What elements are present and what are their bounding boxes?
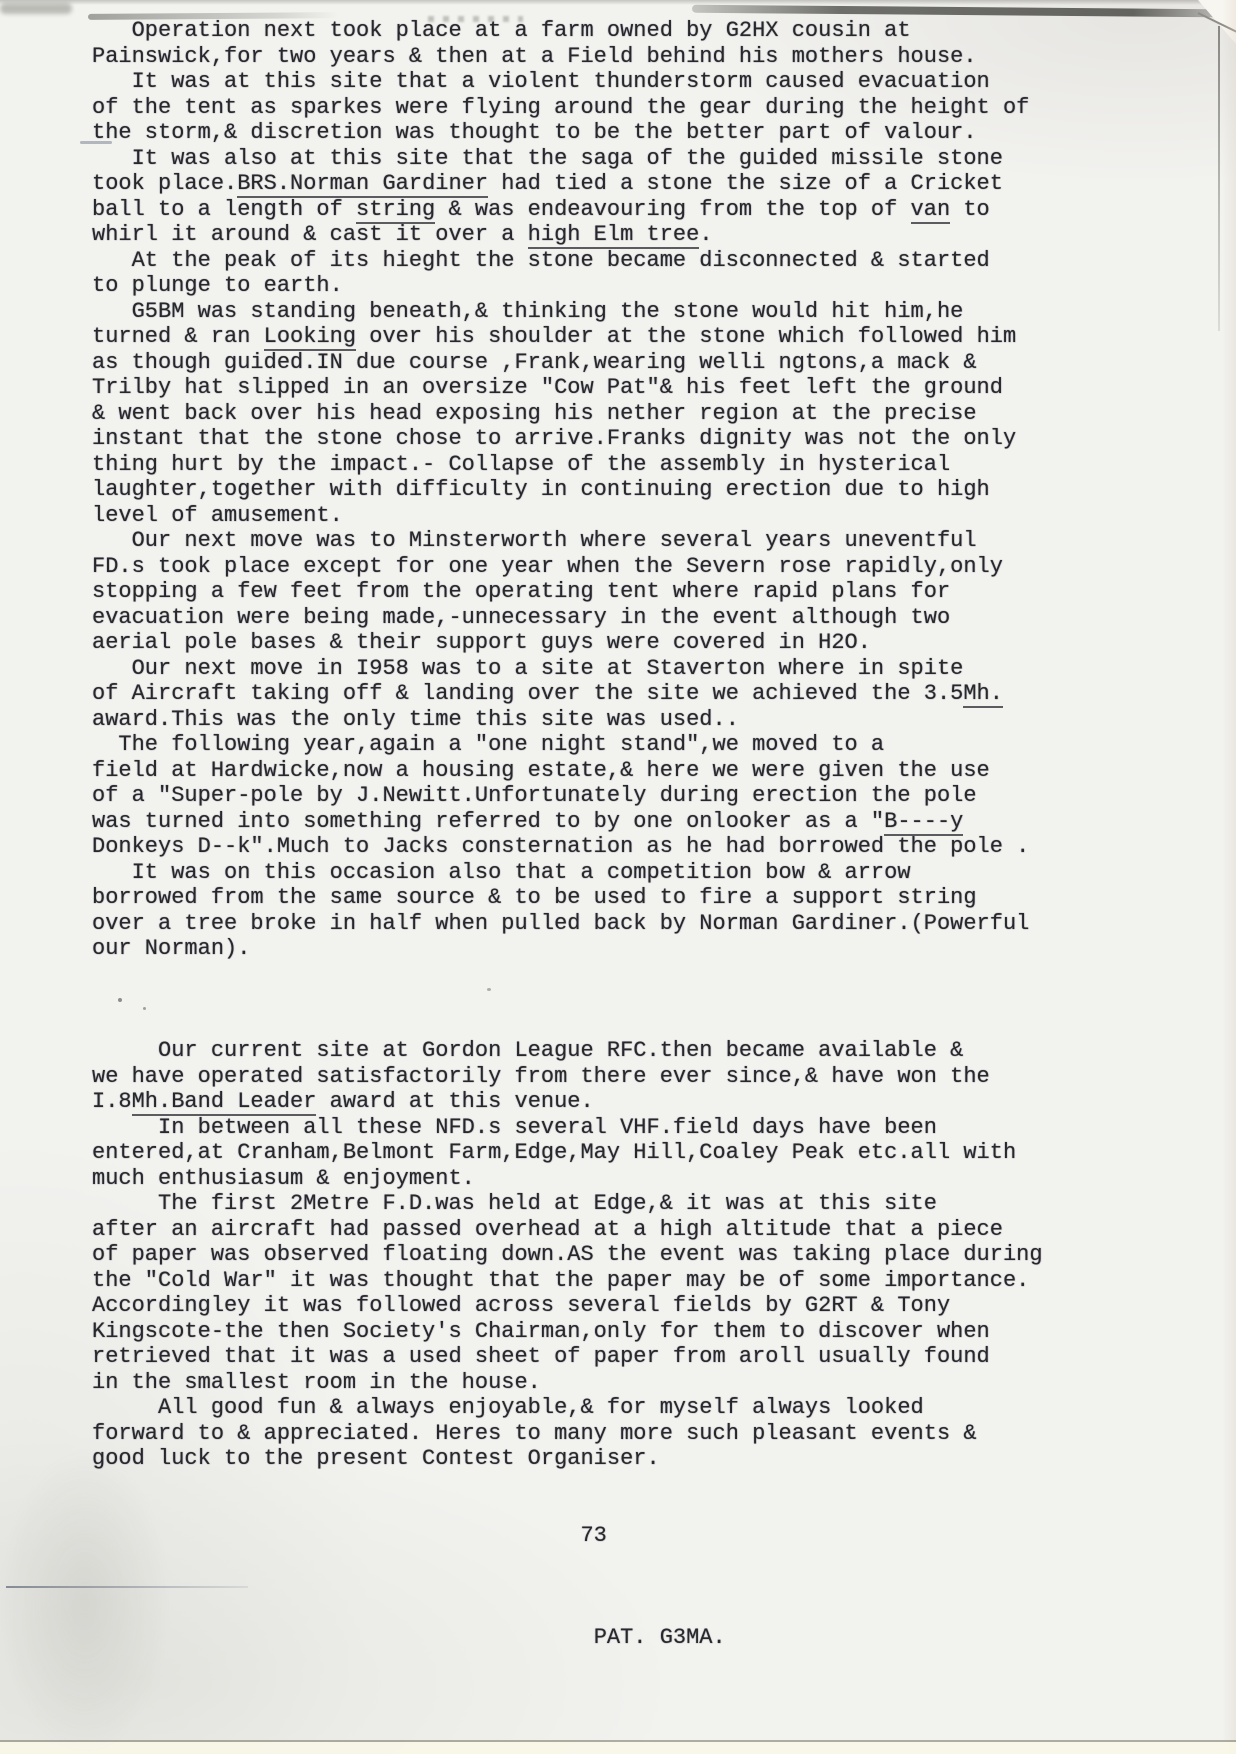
text-line: entered,at Cranham,Belmont Farm,Edge,May…	[92, 1140, 1236, 1166]
typed-content: Operation next took place at a farm owne…	[0, 0, 1236, 1676]
text-line: I.8Mh.Band Leader award at this venue.	[92, 1089, 1236, 1115]
text-line: whirl it around & cast it over a high El…	[92, 222, 1236, 248]
text-line: G5BM was standing beneath,& thinking the…	[92, 299, 1236, 325]
text-line: to plunge to earth.	[92, 273, 1236, 299]
text-line: retrieved that it was a used sheet of pa…	[92, 1344, 1236, 1370]
text-line: Our next move in I958 was to a site at S…	[92, 656, 1236, 682]
text-line: was turned into something referred to by…	[92, 809, 1236, 835]
text-line: good luck to the present Contest Organis…	[92, 1446, 1236, 1472]
text-line: of Aircraft taking off & landing over th…	[92, 681, 1236, 707]
page-number-row: 73	[501, 1497, 1236, 1574]
text-line: borrowed from the same source & to be us…	[92, 885, 1236, 911]
text-line: evacuation were being made,-unnecessary …	[92, 605, 1236, 631]
text-line: instant that the stone chose to arrive.F…	[92, 426, 1236, 452]
text-line: laughter,together with difficulty in con…	[92, 477, 1236, 503]
text-line: FD.s took place except for one year when…	[92, 554, 1236, 580]
scanned-page: Operation next took place at a farm owne…	[0, 0, 1236, 1754]
text-line	[92, 1013, 1236, 1039]
text-line: of paper was observed floating down.AS t…	[92, 1242, 1236, 1268]
text-line: as though guided.IN due course ,Frank,we…	[92, 350, 1236, 376]
text-line: It was at this site that a violent thund…	[92, 69, 1236, 95]
text-line: forward to & appreciated. Heres to many …	[92, 1421, 1236, 1447]
text-line: thing hurt by the impact.- Collapse of t…	[92, 452, 1236, 478]
text-line: aerial pole bases & their support guys w…	[92, 630, 1236, 656]
text-line: level of amusement.	[92, 503, 1236, 529]
text-line: the "Cold War" it was thought that the p…	[92, 1268, 1236, 1294]
text-line: Our next move was to Minsterworth where …	[92, 528, 1236, 554]
text-line: award.This was the only time this site w…	[92, 707, 1236, 733]
scan-artifact-bottom-edge-line	[0, 1740, 1236, 1742]
text-line: Painswick,for two years & then at a Fiel…	[92, 44, 1236, 70]
page-number: 73	[580, 1523, 606, 1548]
text-line: Accordingley it was followed across seve…	[92, 1293, 1236, 1319]
text-line: Kingscote-the then Society's Chairman,on…	[92, 1319, 1236, 1345]
text-line: we have operated satisfactorily from the…	[92, 1064, 1236, 1090]
text-line: of the tent as sparkes were flying aroun…	[92, 95, 1236, 121]
text-line: It was also at this site that the saga o…	[92, 146, 1236, 172]
text-line: the storm,& discretion was thought to be…	[92, 120, 1236, 146]
text-line: The following year,again a "one night st…	[92, 732, 1236, 758]
text-line: It was on this occasion also that a comp…	[92, 860, 1236, 886]
text-line: All good fun & always enjoyable,& for my…	[92, 1395, 1236, 1421]
text-line: At the peak of its hieght the stone beca…	[92, 248, 1236, 274]
signature: PAT. G3MA.	[594, 1625, 726, 1650]
text-line: Operation next took place at a farm owne…	[92, 18, 1236, 44]
text-line: Our current site at Gordon League RFC.th…	[92, 1038, 1236, 1064]
text-line: over a tree broke in half when pulled ba…	[92, 911, 1236, 937]
text-body: Operation next took place at a farm owne…	[92, 18, 1236, 1472]
text-line: The first 2Metre F.D.was held at Edge,& …	[92, 1191, 1236, 1217]
text-line: took place.BRS.Norman Gardiner had tied …	[92, 171, 1236, 197]
text-line: ball to a length of string & was endeavo…	[92, 197, 1236, 223]
text-line: our Norman).	[92, 936, 1236, 962]
scan-artifact-bottom-edge-strip	[0, 1742, 1236, 1754]
text-line: stopping a few feet from the operating t…	[92, 579, 1236, 605]
text-line: much enthusiasum & enjoyment.	[92, 1166, 1236, 1192]
text-line: field at Hardwicke,now a housing estate,…	[92, 758, 1236, 784]
text-line	[92, 987, 1236, 1013]
text-line: & went back over his head exposing his n…	[92, 401, 1236, 427]
signature-row: PAT. G3MA.	[514, 1599, 1236, 1676]
text-line: after an aircraft had passed overhead at…	[92, 1217, 1236, 1243]
text-line: Trilby hat slipped in an oversize "Cow P…	[92, 375, 1236, 401]
text-line	[92, 962, 1236, 988]
text-line: turned & ran Looking over his shoulder a…	[92, 324, 1236, 350]
text-line: of a "Super-pole by J.Newitt.Unfortunate…	[92, 783, 1236, 809]
text-line: In between all these NFD.s several VHF.f…	[92, 1115, 1236, 1141]
text-line: in the smallest room in the house.	[92, 1370, 1236, 1396]
text-line: Donkeys D--k".Much to Jacks consternatio…	[92, 834, 1236, 860]
